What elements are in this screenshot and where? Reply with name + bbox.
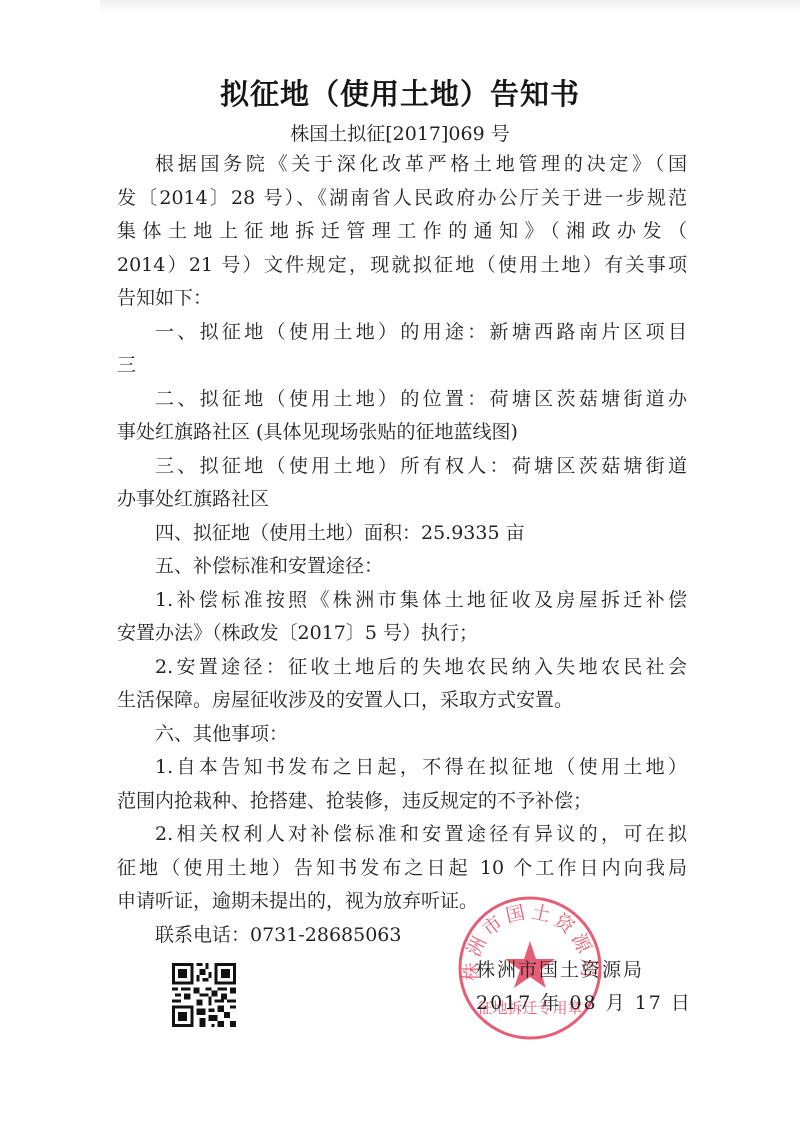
document-title: 拟征地（使用土地）告知书: [0, 72, 800, 113]
signature-block: 株洲市国土资源局 2017 年 08 月 17 日: [476, 954, 696, 1020]
paragraph-line: 三、拟征地（使用土地）所有权人：荷塘区茨菇塘街道: [117, 450, 687, 484]
paragraph-line: 2014）21 号）文件规定，现就拟征地（使用土地）有关事项: [117, 249, 687, 283]
document-body: 根据国务院《关于深化改革严格土地管理的决定》（国 发〔2014〕28 号）、《湖…: [117, 148, 687, 952]
paragraph-line: 集体土地上征地拆迁管理工作的通知》（湘政办发（: [117, 215, 687, 249]
paragraph-line: 四、拟征地（使用土地）面积：25.9335 亩: [117, 517, 687, 551]
issue-date: 2017 年 08 月 17 日: [476, 987, 696, 1020]
paragraph-line: 六、其他事项：: [117, 718, 687, 752]
issuing-organization: 株洲市国土资源局: [476, 954, 696, 987]
paragraph-line: 1.自本告知书发布之日起，不得在拟征地（使用土地）: [117, 751, 687, 785]
document-number: 株国土拟征[2017]069 号: [0, 119, 800, 146]
paragraph-line: 生活保障。房屋征收涉及的安置人口，采取方式安置。: [117, 684, 687, 718]
paragraph-line: 安置办法》（株政发〔2017〕5 号）执行；: [117, 617, 687, 651]
paragraph-line: 事处红旗路社区 (具体见现场张贴的征地蓝线图): [117, 416, 687, 450]
paragraph-line: 告知如下：: [117, 282, 687, 316]
paragraph-line: 2.安置途径：征收土地后的失地农民纳入失地农民社会: [117, 651, 687, 685]
scan-edge-shadow: [100, 0, 800, 14]
paragraph-line: 2.相关权利人对补偿标准和安置途径有异议的，可在拟: [117, 818, 687, 852]
qr-code-icon: [172, 963, 236, 1027]
paragraph-line: 三: [117, 349, 687, 383]
paragraph-line: 二、拟征地（使用土地）的位置：荷塘区茨菇塘街道办: [117, 383, 687, 417]
paragraph-line: 五、补偿标准和安置途径：: [117, 550, 687, 584]
paragraph-line: 发〔2014〕28 号）、《湖南省人民政府办公厅关于进一步规范: [117, 182, 687, 216]
paragraph-line: 办事处红旗路社区: [117, 483, 687, 517]
paragraph-line: 1.补偿标准按照《株洲市集体土地征收及房屋拆迁补偿: [117, 584, 687, 618]
paragraph-line: 征地（使用土地）告知书发布之日起 10 个工作日内向我局: [117, 852, 687, 886]
paragraph-line: 一、拟征地（使用土地）的用途：新塘西路南片区项目: [117, 316, 687, 350]
paragraph-line: 范围内抢栽种、抢搭建、抢装修，违反规定的不予补偿；: [117, 785, 687, 819]
paragraph-line: 根据国务院《关于深化改革严格土地管理的决定》（国: [117, 148, 687, 182]
